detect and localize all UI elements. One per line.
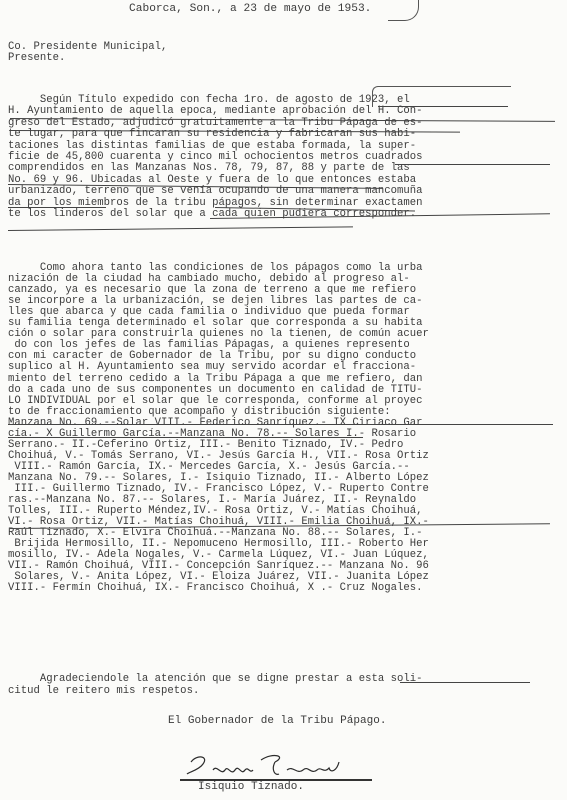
addressee-line: Presente. bbox=[8, 53, 65, 64]
underline-mark bbox=[400, 682, 530, 683]
text-line: miento del terreno cedido a la Tribu Páp… bbox=[8, 374, 423, 385]
text-line: H. Ayuntamiento de aquella epoca, median… bbox=[8, 106, 423, 117]
text-line: LO INDIVIDUAL por el solar que le corres… bbox=[8, 396, 423, 407]
underline-mark bbox=[8, 207, 106, 208]
handwritten-mark-date bbox=[388, 0, 419, 21]
handwritten-signature bbox=[183, 752, 373, 782]
handwritten-box-mark bbox=[372, 86, 511, 107]
date-line: Caborca, Son., a 23 de mayo de 1953. bbox=[129, 4, 371, 15]
text-line: Según Título expedido con fecha 1ro. de … bbox=[8, 95, 410, 106]
text-line: suplico al H. Ayuntamiento sea muy servi… bbox=[8, 362, 416, 373]
text-line: do a cada uno de sus componentes un docu… bbox=[8, 385, 423, 396]
text-line: comprendidos en las Manzanas Nos. 78, 79… bbox=[8, 163, 410, 174]
text-line: ficie de 45,800 cuarenta y cinco mil och… bbox=[8, 152, 423, 163]
underline-mark bbox=[395, 164, 550, 165]
text-line: Agradeciendole la atención que se digne … bbox=[8, 674, 423, 685]
underline-mark bbox=[8, 226, 353, 231]
signature-title: El Gobernador de la Tribu Pápago. bbox=[168, 716, 387, 727]
signatory-name: Isiquio Tiznado. bbox=[198, 782, 304, 793]
text-line: citud le reitero mis respetos. bbox=[8, 686, 199, 697]
text-line: VIII.- Fermín Choihuá, IX.- Francisco Ch… bbox=[8, 583, 423, 594]
text-line: taciones las distintas familias de que e… bbox=[8, 141, 416, 152]
underline-mark bbox=[8, 437, 363, 438]
text-line: to de fraccionamiento que acompaño y dis… bbox=[8, 407, 391, 418]
letter-page: Caborca, Son., a 23 de mayo de 1953. Co.… bbox=[0, 0, 567, 800]
underline-mark bbox=[8, 424, 553, 425]
